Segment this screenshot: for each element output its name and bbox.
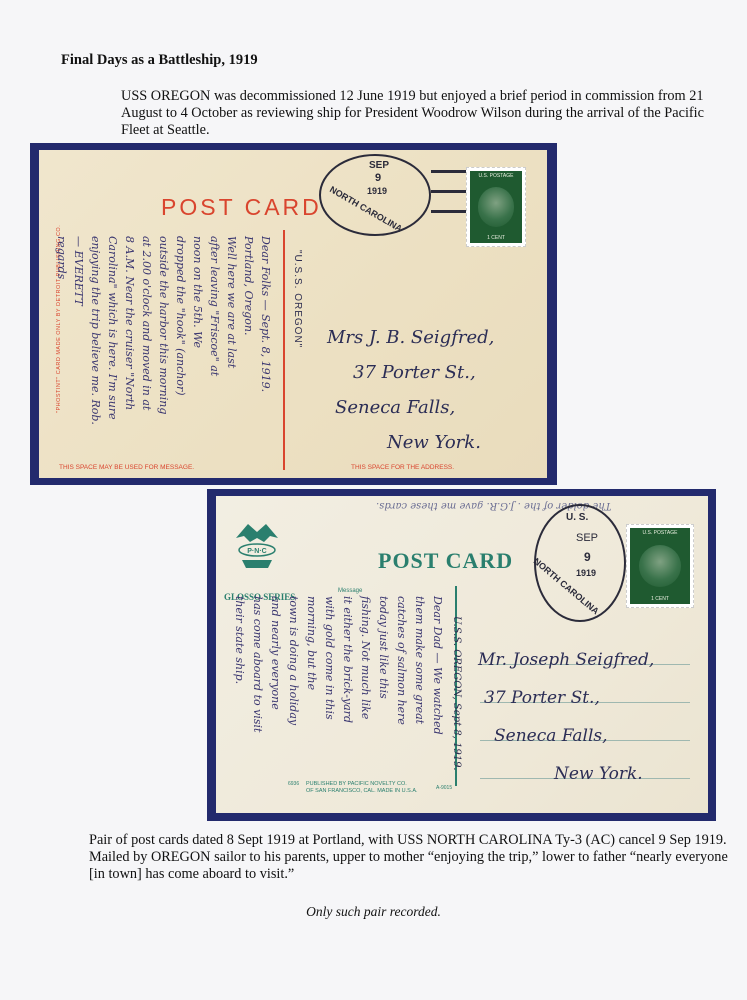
postmark-month: SEP [369, 160, 389, 171]
postage-stamp: U.S. POSTAGE 1 CENT [466, 167, 526, 247]
postmark-month: SEP [576, 532, 598, 544]
message-line: Carolina" which is here. I'm sure [104, 236, 121, 476]
card-number: A-9015 [436, 785, 452, 791]
footer-address-label: THIS SPACE FOR THE ADDRESS. [351, 464, 454, 471]
message-line: Portland, Oregon. [240, 236, 257, 476]
message-label: Message [338, 588, 362, 594]
postcard-title: POST CARD [161, 194, 322, 221]
message-line: them make some great [410, 596, 428, 806]
message-line: Dear Dad — We watched [428, 596, 446, 806]
message-line: their state ship. [230, 596, 248, 806]
message-line: it either the brick-yard [338, 596, 356, 806]
postmark-year: 1919 [576, 568, 596, 578]
message-line: Well here we are at last [223, 236, 240, 476]
message-line: catches of salmon here [392, 596, 410, 806]
address-line: New York. [478, 755, 654, 793]
message-line: at 2.00 o'clock and moved in at [138, 236, 155, 476]
upper-postcard: "PHOSTINT" CARD MADE ONLY BY DETROIT PUB… [39, 150, 547, 478]
message-line: has come aboard to visit [248, 596, 266, 806]
message-line: 8 A.M. Near the cruiser "North [121, 236, 138, 476]
postcard-title: POST CARD [378, 548, 513, 574]
stamp-top-text: U.S. POSTAGE [643, 530, 678, 536]
intro-paragraph: USS OREGON was decommissioned 12 June 19… [121, 88, 721, 139]
message-line: noon on the 5th. We [189, 236, 206, 476]
message-line: — EVERETT [70, 236, 87, 476]
postmark: SEP 9 1919 NORTH CAROLINA [319, 154, 431, 236]
postmark-day: 9 [584, 550, 591, 564]
stamp-value-text: 1 CENT [487, 235, 505, 241]
address-line: 37 Porter St., [327, 355, 494, 390]
message-line: town is doing a holiday [284, 596, 302, 806]
washington-portrait-icon [478, 187, 514, 226]
address-line: Mrs J. B. Seigfred, [327, 320, 494, 355]
address-line: Seneca Falls, [327, 390, 494, 425]
lower-postcard: P·N·C GLOSSO SERIES Message POST CARD Th… [216, 496, 708, 813]
postmark-ship: NORTH CAROLINA [328, 184, 404, 234]
caption-paragraph: Pair of post cards dated 8 Sept 1919 at … [89, 832, 729, 883]
address-block: Mrs J. B. Seigfred, 37 Porter St., Senec… [327, 320, 494, 460]
message-line: Dear Folks — Sept. 8, 1919. [257, 236, 274, 476]
postage-stamp: U.S. POSTAGE 1 CENT [626, 524, 694, 608]
divider-line [283, 230, 285, 470]
message-line: regards [53, 236, 70, 476]
message-line: enjoying the trip believe me. Rob. [87, 236, 104, 476]
footer-message-label: THIS SPACE MAY BE USED FOR MESSAGE. [59, 464, 194, 471]
message-line: dropped the "hook" (anchor) [172, 236, 189, 476]
address-line: Seneca Falls, [478, 717, 654, 755]
publisher-imprint: PUBLISHED BY PACIFIC NOVELTY CO. OF SAN … [306, 781, 418, 795]
postmark-ship: NORTH CAROLINA [532, 556, 601, 616]
svg-text:P·N·C: P·N·C [247, 548, 266, 555]
message-line: morning, but the [302, 596, 320, 806]
message-line: outside the harbor this morning [155, 236, 172, 476]
publisher-line: OF SAN FRANCISCO, CAL. MADE IN U.S.A. [306, 788, 418, 795]
card-number: 6936 [288, 781, 299, 787]
address-line: 37 Porter St., [478, 679, 654, 717]
address-block: Mr. Joseph Seigfred, 37 Porter St., Sene… [478, 641, 654, 793]
message-line: fishing. Not much like [356, 596, 374, 806]
page-heading: Final Days as a Battleship, 1919 [61, 52, 258, 69]
publisher-line: PUBLISHED BY PACIFIC NOVELTY CO. [306, 781, 418, 788]
address-line: Mr. Joseph Seigfred, [478, 641, 654, 679]
pnc-eagle-logo-icon: P·N·C [228, 516, 286, 572]
postmark-year: 1919 [367, 186, 387, 196]
stamp-top-text: U.S. POSTAGE [479, 173, 514, 179]
postmark-day: 9 [375, 172, 381, 184]
caption-note: Only such pair recorded. [0, 904, 747, 920]
message-line: and nearly everyone [266, 596, 284, 806]
address-line: New York. [327, 425, 494, 460]
message-line: today just like this [374, 596, 392, 806]
washington-portrait-icon [639, 545, 681, 587]
ship-name-vertical: "U.S.S. OREGON" [292, 250, 303, 348]
postmark-top: U. S. [566, 512, 588, 523]
message-line: with gold come in this [320, 596, 338, 806]
stamp-value-text: 1 CENT [651, 596, 669, 602]
message-line: after leaving "Friscoe" at [206, 236, 223, 476]
postmark: U. S. SEP 9 1919 NORTH CAROLINA [534, 504, 626, 622]
ship-name-vertical: U.S.S. OREGON, Sept 8, 1919. [451, 616, 462, 771]
